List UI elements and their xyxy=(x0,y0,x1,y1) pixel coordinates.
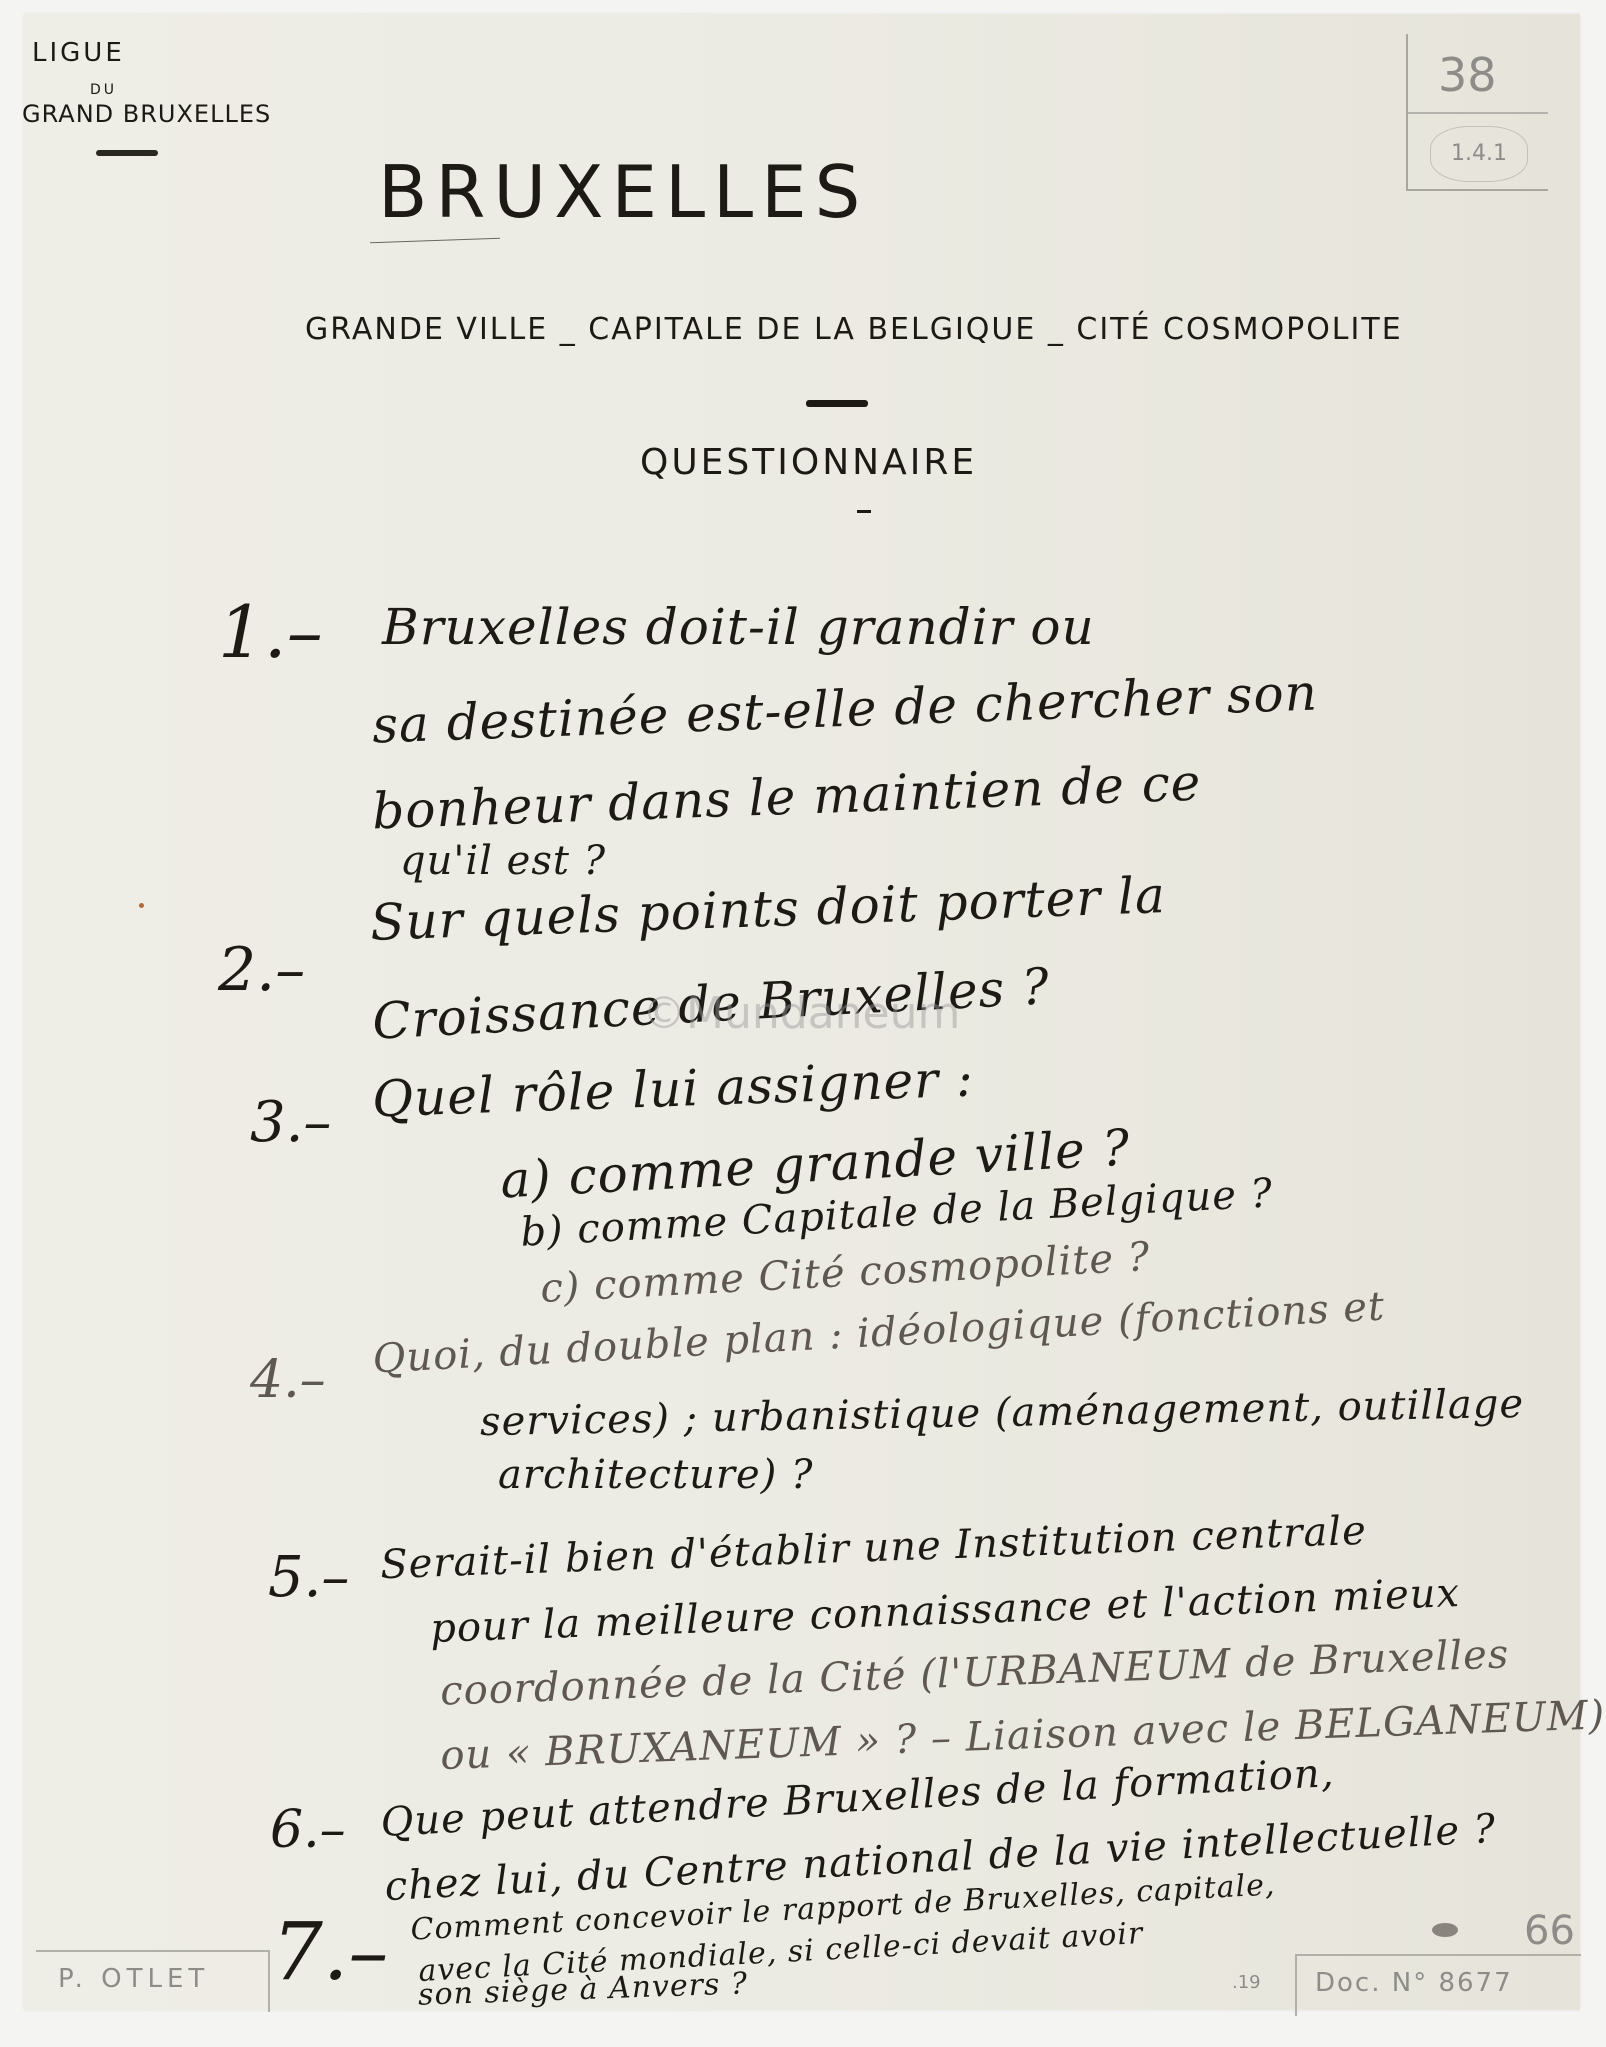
question-3-number: 3.– xyxy=(250,1090,331,1155)
question-4-line-3: architecture) ? xyxy=(498,1452,813,1498)
small-pencil-mark: .19 xyxy=(1232,1972,1261,1993)
folio-divider xyxy=(1408,112,1548,114)
ink-spot xyxy=(139,903,144,908)
question-1-number: 1.– xyxy=(218,590,323,674)
question-6-number: 6.– xyxy=(270,1800,346,1860)
page-number: 66 xyxy=(1524,1908,1575,1954)
author-box: P. OTLET xyxy=(36,1950,270,2012)
folio-box: 38 1.4.1 xyxy=(1406,34,1548,191)
watermark: ©Mundaneum xyxy=(642,988,960,1039)
question-1-line-1: Bruxelles doit-il grandir ou xyxy=(382,598,1095,656)
question-7-number: 7.– xyxy=(272,1905,388,1998)
section-heading: QUESTIONNAIRE xyxy=(640,442,977,483)
folio-code: 1.4.1 xyxy=(1430,126,1528,182)
separator-dash xyxy=(806,400,868,407)
doc-reference-box: Doc. N° 8677 xyxy=(1295,1954,1581,2016)
folio-number: 38 xyxy=(1438,48,1497,102)
question-4-number: 4.– xyxy=(250,1350,326,1410)
header-label-line3: GRAND BRUXELLES xyxy=(22,100,271,128)
question-1-line-4: qu'il est ? xyxy=(400,838,606,884)
header-label-line1: LIGUE xyxy=(32,38,125,68)
question-5-number: 5.– xyxy=(268,1545,349,1610)
document-subtitle: GRANDE VILLE _ CAPITALE DE LA BELGIQUE _… xyxy=(305,312,1403,347)
header-underline xyxy=(96,150,158,156)
separator-dash-small xyxy=(857,510,871,513)
ink-blot xyxy=(1432,1923,1458,1937)
question-2-number: 2.– xyxy=(218,935,305,1005)
header-label-line2: DU xyxy=(90,82,117,98)
author-name: P. OTLET xyxy=(58,1964,209,1994)
document-title: BRUXELLES xyxy=(378,150,868,234)
doc-reference: Doc. N° 8677 xyxy=(1315,1968,1513,1998)
